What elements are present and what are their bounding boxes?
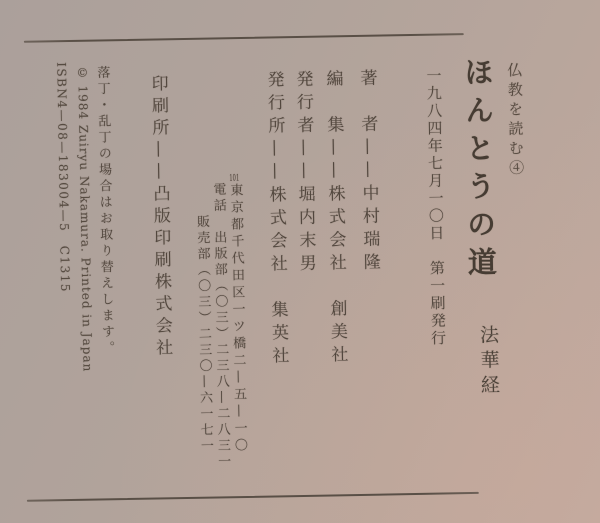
series-label: 仏教を読む④ xyxy=(506,62,523,179)
address-text: 東京都千代田区一ツ橋二—五—一〇 xyxy=(227,183,247,455)
publisher-line: 発行所——株式会社 集英社 xyxy=(264,70,286,369)
colophon-top-rule xyxy=(24,33,464,42)
phone-publishing-line: 電話 出版部（〇三）二三八—二八三一 xyxy=(211,182,229,470)
colophon-bottom-rule xyxy=(27,492,479,502)
page-tilt-wrapper: 仏教を読む④ ほんとうの道 法華経 一九八四年七月一〇日 第一刷発行 著 者——… xyxy=(0,0,600,523)
copyright-line: © 1984 Zuiryu Nakamura. Printed in Japan xyxy=(76,66,93,373)
book-colophon-page-photo: 仏教を読む④ ほんとうの道 法華経 一九八四年七月一〇日 第一刷発行 著 者——… xyxy=(0,0,600,523)
book-subtitle: 法華経 xyxy=(478,325,498,400)
postal-code: 101 xyxy=(229,174,239,183)
publisher-address-line: 101東京都千代田区一ツ橋二—五—一〇 xyxy=(228,174,246,455)
editor-line: 編 集——株式会社 創美社 xyxy=(323,69,345,368)
phone-sales-line: 販売部（〇三）二三〇—六一七一 xyxy=(195,215,212,455)
edition-date-line: 一九八四年七月一〇日 第一刷発行 xyxy=(425,68,445,348)
printer-line: 印刷所——凸版印刷株式会社 xyxy=(148,74,170,360)
author-line: 著 者——中村瑞隆 xyxy=(357,69,378,276)
isbn-line: ISBN4—08—183004—5 C1315 xyxy=(55,62,71,293)
book-title: ほんとうの道 xyxy=(462,57,495,285)
issuer-line: 発行者——堀内末男 xyxy=(293,70,314,277)
replacement-notice: 落丁・乱丁の場合はお取り替えします。 xyxy=(95,65,113,357)
